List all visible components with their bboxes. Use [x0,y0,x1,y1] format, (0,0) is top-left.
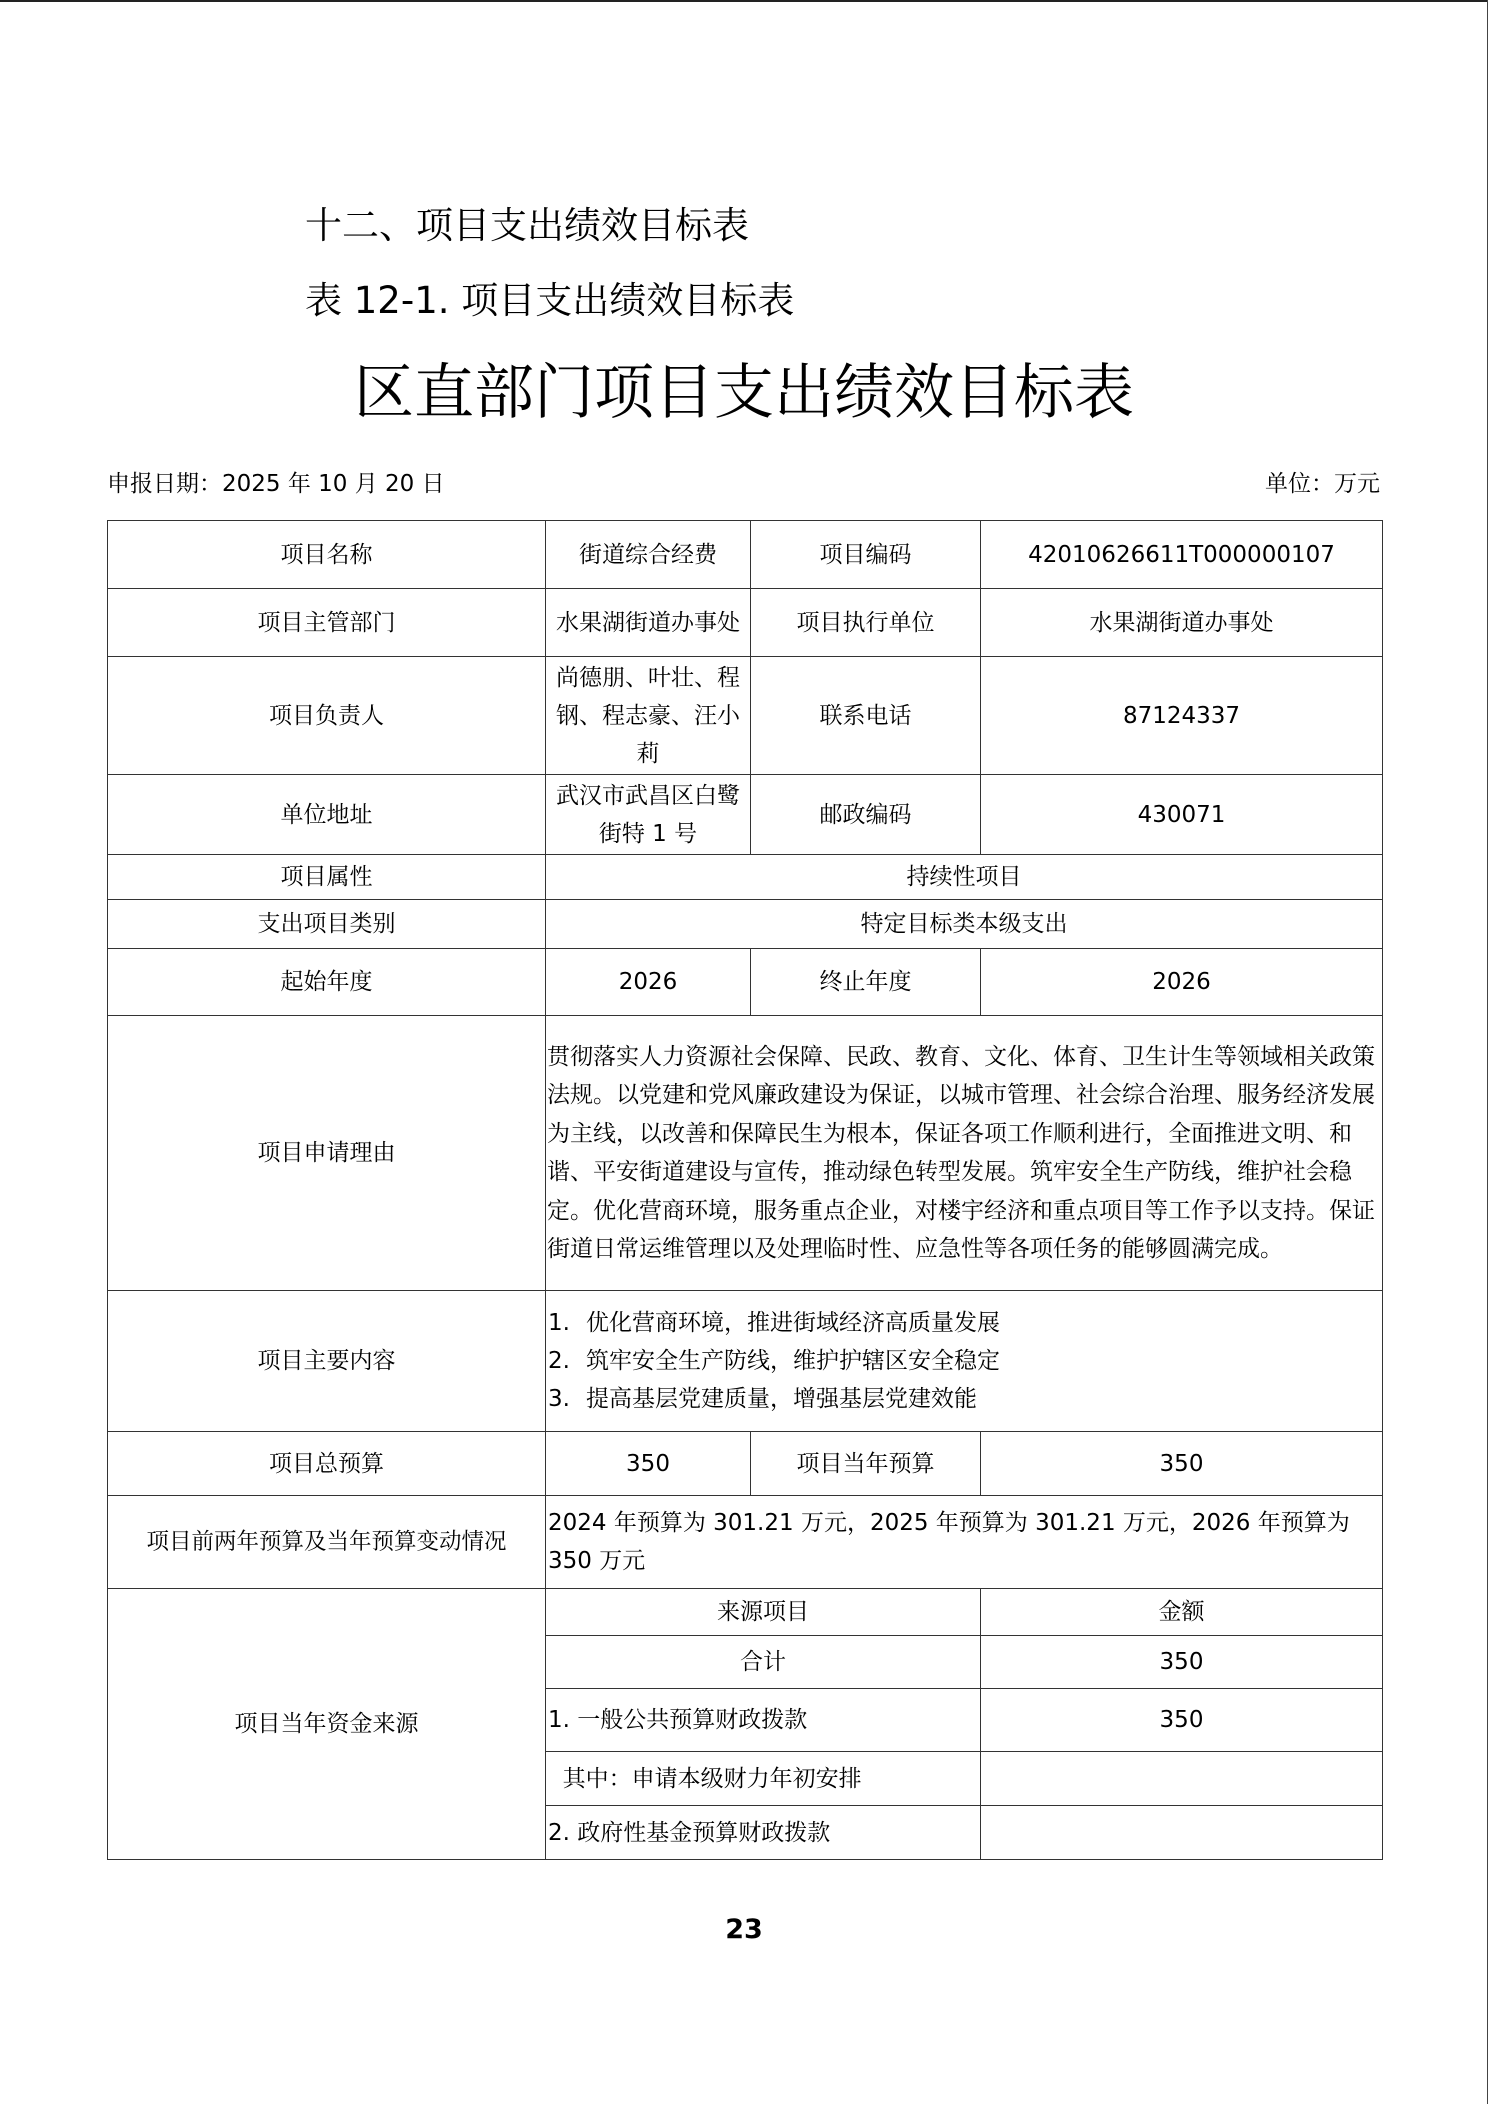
phone-value: 87124337 [981,657,1383,775]
attribute-label: 项目属性 [108,855,546,900]
manager-value: 尚德朋、叶壮、程钢、程志豪、汪小莉 [546,657,751,775]
executor-value: 水果湖街道办事处 [981,589,1383,657]
supervisor-label: 项目主管部门 [108,589,546,657]
total-budget-label: 项目总预算 [108,1432,546,1496]
project-code-label: 项目编码 [751,521,981,589]
table-row: 项目前两年预算及当年预算变动情况 2024 年预算为 301.21 万元，202… [108,1496,1383,1589]
budget-change-value: 2024 年预算为 301.21 万元，2025 年预算为 301.21 万元，… [546,1496,1383,1589]
funding-amount: 350 [981,1689,1383,1752]
performance-target-table: 项目名称 街道综合经费 项目编码 42010626611T000000107 项… [107,520,1383,1860]
start-year-label: 起始年度 [108,949,546,1016]
project-name-label: 项目名称 [108,521,546,589]
funding-header-amount: 金额 [981,1589,1383,1636]
document-title: 区直部门项目支出绩效目标表 [0,345,1488,431]
content-list: 1.优化营商环境，推进街域经济高质量发展 2.筑牢安全生产防线，维护护辖区安全稳… [546,1291,1383,1432]
content-item: 2.筑牢安全生产防线，维护护辖区安全稳定 [548,1342,1380,1380]
end-year-label: 终止年度 [751,949,981,1016]
unit-label: 单位：万元 [1265,465,1380,498]
table-row: 项目属性 持续性项目 [108,855,1383,900]
end-year-value: 2026 [981,949,1383,1016]
table-row: 支出项目类别 特定目标类本级支出 [108,900,1383,949]
funding-label: 项目当年资金来源 [108,1589,546,1860]
category-label: 支出项目类别 [108,900,546,949]
funding-amount [981,1752,1383,1806]
manager-label: 项目负责人 [108,657,546,775]
postcode-value: 430071 [981,775,1383,855]
table-row: 项目主管部门 水果湖街道办事处 项目执行单位 水果湖街道办事处 [108,589,1383,657]
table-row: 项目主要内容 1.优化营商环境，推进街域经济高质量发展 2.筑牢安全生产防线，维… [108,1291,1383,1432]
table-row: 项目当年资金来源 来源项目 金额 [108,1589,1383,1636]
content-label: 项目主要内容 [108,1291,546,1432]
funding-source: 1. 一般公共预算财政拨款 [546,1689,981,1752]
start-year-value: 2026 [546,949,751,1016]
section-heading: 十二、项目支出绩效目标表 [305,195,749,249]
page-top-border [0,0,1488,2]
reason-value: 贯彻落实人力资源社会保障、民政、教育、文化、体育、卫生计生等领域相关政策法规。以… [546,1016,1383,1291]
funding-amount [981,1806,1383,1860]
budget-change-label: 项目前两年预算及当年预算变动情况 [108,1496,546,1589]
executor-label: 项目执行单位 [751,589,981,657]
supervisor-value: 水果湖街道办事处 [546,589,751,657]
report-date: 申报日期：2025 年 10 月 20 日 [107,465,445,498]
postcode-label: 邮政编码 [751,775,981,855]
table-row: 起始年度 2026 终止年度 2026 [108,949,1383,1016]
year-budget-label: 项目当年预算 [751,1432,981,1496]
funding-header-source: 来源项目 [546,1589,981,1636]
table-row: 单位地址 武汉市武昌区白鹭街特 1 号 邮政编码 430071 [108,775,1383,855]
reason-label: 项目申请理由 [108,1016,546,1291]
table-caption: 表 12-1. 项目支出绩效目标表 [305,270,794,324]
table-row: 项目申请理由 贯彻落实人力资源社会保障、民政、教育、文化、体育、卫生计生等领域相… [108,1016,1383,1291]
funding-amount: 350 [981,1636,1383,1689]
category-value: 特定目标类本级支出 [546,900,1383,949]
funding-source: 2. 政府性基金预算财政拨款 [546,1806,981,1860]
table-row: 项目名称 街道综合经费 项目编码 42010626611T000000107 [108,521,1383,589]
attribute-value: 持续性项目 [546,855,1383,900]
table-row: 项目负责人 尚德朋、叶壮、程钢、程志豪、汪小莉 联系电话 87124337 [108,657,1383,775]
content-item: 3.提高基层党建质量，增强基层党建效能 [548,1380,1380,1418]
content-item: 1.优化营商环境，推进街域经济高质量发展 [548,1304,1380,1342]
funding-source: 其中：申请本级财力年初安排 [546,1752,981,1806]
project-code-value: 42010626611T000000107 [981,521,1383,589]
table-row: 项目总预算 350 项目当年预算 350 [108,1432,1383,1496]
page-number: 23 [0,1914,1488,1945]
phone-label: 联系电话 [751,657,981,775]
funding-source: 合计 [546,1636,981,1689]
project-name-value: 街道综合经费 [546,521,751,589]
year-budget-value: 350 [981,1432,1383,1496]
total-budget-value: 350 [546,1432,751,1496]
address-label: 单位地址 [108,775,546,855]
address-value: 武汉市武昌区白鹭街特 1 号 [546,775,751,855]
